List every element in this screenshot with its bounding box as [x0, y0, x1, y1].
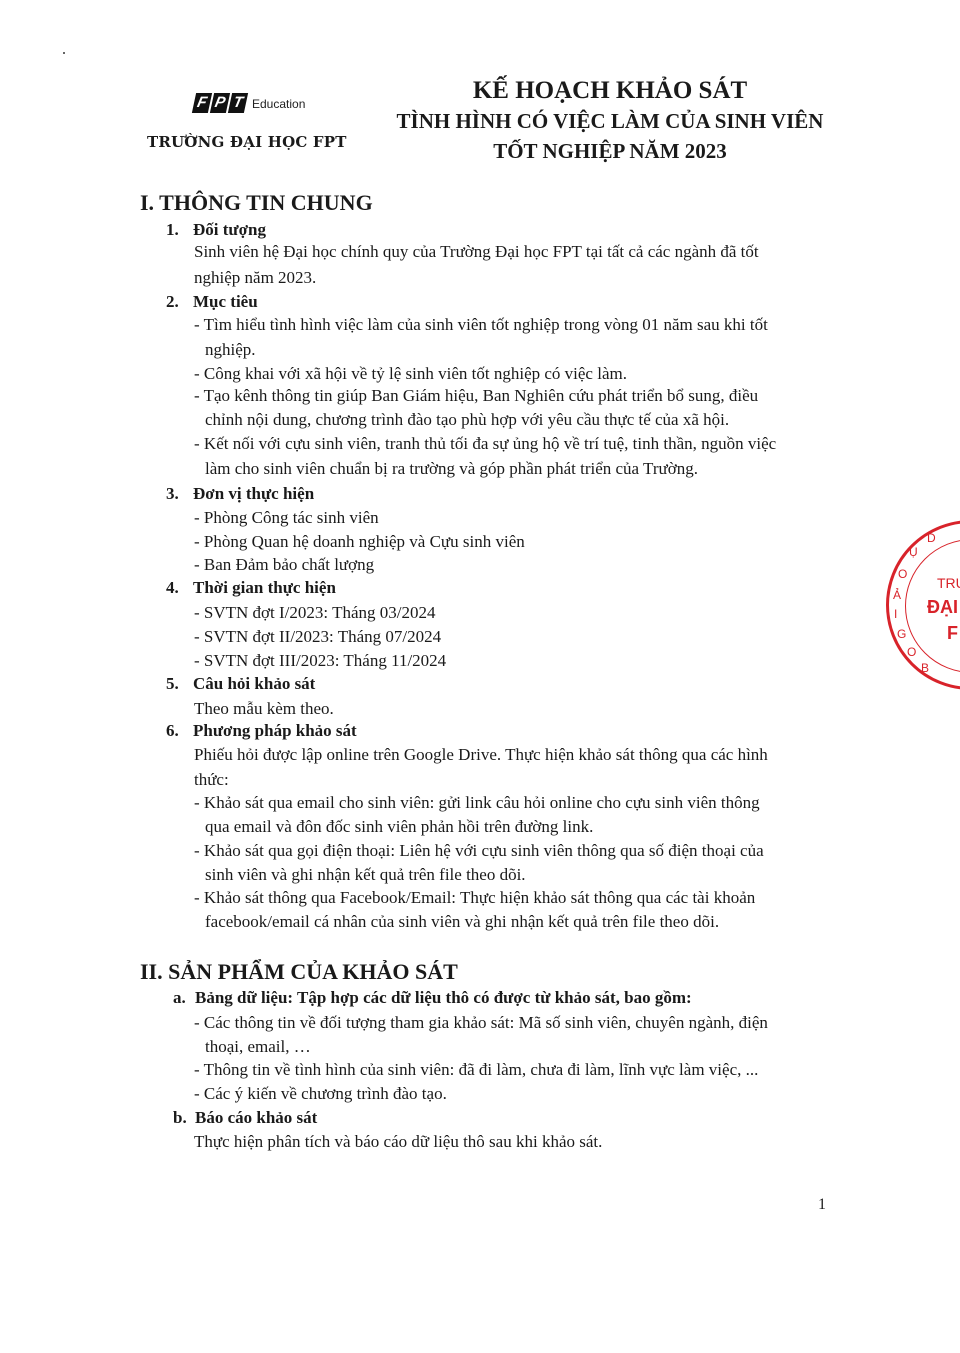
- logo-suffix: Education: [252, 97, 305, 111]
- method-bullet-cont: sinh viên và ghi nhận kết quả trên file …: [205, 863, 526, 887]
- item-6-heading: 6.Phương pháp khảo sát: [166, 721, 357, 741]
- method-bullet: - Khảo sát qua email cho sinh viên: gửi …: [194, 791, 760, 815]
- seal-ring-letter: B: [921, 661, 929, 675]
- section-1-title: I. THÔNG TIN CHUNG: [140, 190, 373, 216]
- subsection-b-text: Thực hiện phân tích và báo cáo dữ liệu t…: [194, 1130, 602, 1154]
- seal-ring-letter: Ả: [893, 588, 901, 602]
- logo-letter: P: [210, 93, 230, 113]
- objective-bullet: - Kết nối với cựu sinh viên, tranh thủ t…: [194, 432, 776, 456]
- title-line-3: TỐT NGHIỆP NĂM 2023: [380, 136, 840, 166]
- item-6-text-line: Phiếu hỏi được lập online trên Google Dr…: [194, 743, 768, 767]
- seal-ring-letter: O: [898, 567, 907, 581]
- item-5-heading: 5.Câu hỏi khảo sát: [166, 674, 315, 694]
- page-number: 1: [818, 1196, 826, 1214]
- seal-text-line-1: TRƯ: [937, 575, 960, 591]
- unit-bullet: - Phòng Quan hệ doanh nghiệp và Cựu sinh…: [194, 530, 525, 554]
- fpt-education-logo: F P T Education: [194, 93, 305, 113]
- item-2-heading: 2.Mục tiêu: [166, 292, 258, 312]
- logo-letter: T: [228, 93, 248, 113]
- seal-ring-letter: Ụ: [909, 545, 918, 559]
- item-1-text-line: nghiệp năm 2023.: [194, 266, 316, 290]
- item-3-heading: 3.Đơn vị thực hiện: [166, 484, 314, 504]
- item-4-heading: 4.Thời gian thực hiện: [166, 578, 336, 598]
- data-bullet-cont: thoại, email, …: [205, 1035, 311, 1059]
- data-bullet: - Các ý kiến về chương trình đào tạo.: [194, 1082, 447, 1106]
- data-bullet: - Thông tin về tình hình của sinh viên: …: [194, 1058, 758, 1082]
- method-bullet: - Khảo sát qua gọi điện thoại: Liên hệ v…: [194, 839, 764, 863]
- seal-ring-letter: G: [897, 627, 906, 641]
- seal-ring-letter: O: [907, 645, 916, 659]
- objective-bullet-cont: chỉnh nội dung, chương trình đào tạo phù…: [205, 408, 729, 432]
- method-bullet-cont: qua email và đôn đốc sinh viên phản hồi …: [205, 815, 593, 839]
- objective-bullet: - Tạo kênh thông tin giúp Ban Giám hiệu,…: [194, 384, 758, 408]
- seal-ring-letter: D: [927, 531, 936, 545]
- schedule-bullet: - SVTN đợt III/2023: Tháng 11/2024: [194, 649, 446, 673]
- schedule-bullet: - SVTN đợt I/2023: Tháng 03/2024: [194, 601, 435, 625]
- logo-letter: F: [192, 93, 212, 113]
- section-2-title: II. SẢN PHẨM CỦA KHẢO SÁT: [140, 959, 458, 985]
- data-bullet: - Các thông tin về đối tượng tham gia kh…: [194, 1011, 768, 1035]
- school-name: TRƯỜNG ĐẠI HỌC FPT: [147, 133, 347, 151]
- scan-speck: [63, 52, 65, 54]
- seal-text-line-2: ĐẠI: [927, 597, 958, 618]
- objective-bullet-cont: làm cho sinh viên chuẩn bị ra trường và …: [205, 457, 698, 481]
- subsection-a-heading: a.Bảng dữ liệu: Tập hợp các dữ liệu thô …: [173, 988, 692, 1008]
- seal-text-line-3: F: [947, 623, 958, 644]
- objective-bullet: - Tìm hiểu tình hình việc làm của sinh v…: [194, 313, 768, 337]
- item-6-text-line: thức:: [194, 768, 229, 792]
- item-1-heading: 1.Đối tượng: [166, 220, 266, 240]
- method-bullet: - Khảo sát thông qua Facebook/Email: Thự…: [194, 886, 755, 910]
- unit-bullet: - Ban Đảm bảo chất lượng: [194, 553, 374, 577]
- schedule-bullet: - SVTN đợt II/2023: Tháng 07/2024: [194, 625, 441, 649]
- document-title: KẾ HOẠCH KHẢO SÁT TÌNH HÌNH CÓ VIỆC LÀM …: [380, 76, 840, 166]
- objective-bullet: - Công khai với xã hội về tỷ lệ sinh viê…: [194, 362, 627, 386]
- objective-bullet-cont: nghiệp.: [205, 338, 256, 362]
- seal-ring-letter: I: [894, 607, 897, 621]
- subsection-b-heading: b.Báo cáo khảo sát: [173, 1108, 317, 1128]
- item-5-text: Theo mẫu kèm theo.: [194, 697, 334, 721]
- item-1-text-line: Sinh viên hệ Đại học chính quy của Trườn…: [194, 240, 759, 264]
- official-seal-stamp: D Ụ O Ả I G O B TRƯ ĐẠI F: [886, 520, 960, 690]
- title-line-2: TÌNH HÌNH CÓ VIỆC LÀM CỦA SINH VIÊN: [380, 106, 840, 136]
- title-line-1: KẾ HOẠCH KHẢO SÁT: [380, 76, 840, 106]
- method-bullet-cont: facebook/email cá nhân của sinh viên và …: [205, 910, 719, 934]
- unit-bullet: - Phòng Công tác sinh viên: [194, 506, 379, 530]
